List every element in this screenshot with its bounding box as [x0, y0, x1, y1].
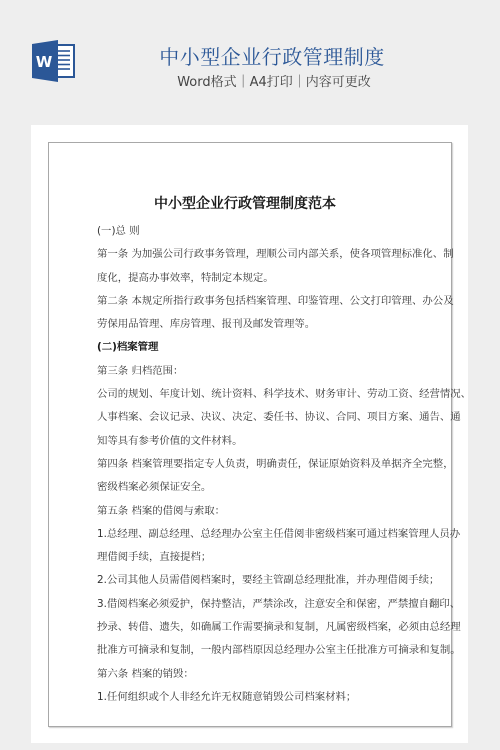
paragraph-line: 人事档案、会议记录、决议、决定、委任书、协议、合同、项目方案、通告、通 — [97, 406, 409, 429]
document-page: 中小型企业行政管理制度范本 (一)总 则 第一条 为加强公司行政事务管理，理顺公… — [31, 125, 468, 743]
paragraph-line: 公司的规划、年度计划、统计资料、科学技术、财务审计、劳动工资、经营情况、 — [97, 383, 409, 406]
paragraph-line: 第六条 档案的销毁： — [97, 663, 409, 686]
paragraph-line: 第一条 为加强公司行政事务管理，理顺公司内部关系，使各项管理标准化、制 — [97, 243, 409, 266]
header-title: 中小型企业行政管理制度 — [0, 44, 500, 70]
paragraph-line: 第二条 本规定所指行政事务包括档案管理、印鉴管理、公文打印管理、办公及 — [97, 290, 409, 313]
section-heading: (一)总 则 — [97, 220, 409, 243]
paragraph-line: 1.任何组织或个人非经允许无权随意销毁公司档案材料； — [97, 686, 409, 709]
paragraph-line: 度化，提高办事效率，特制定本规定。 — [97, 267, 409, 290]
page-border: 中小型企业行政管理制度范本 (一)总 则 第一条 为加强公司行政事务管理，理顺公… — [48, 142, 452, 727]
paragraph-line: 1.总经理、副总经理、总经理办公室主任借阅非密级档案可通过档案管理人员办 — [97, 523, 409, 546]
paragraph-line: 2.公司其他人员需借阅档案时，要经主管副总经理批准，并办理借阅手续； — [97, 569, 409, 592]
section-heading: (二)档案管理 — [97, 336, 409, 359]
paragraph-line: 3.借阅档案必须爱护，保持整洁，严禁涂改，注意安全和保密，严禁擅自翻印、 — [97, 593, 409, 616]
header-banner: W 中小型企业行政管理制度 Word格式｜A4打印｜内容可更改 — [0, 0, 500, 125]
document-body: (一)总 则 第一条 为加强公司行政事务管理，理顺公司内部关系，使各项管理标准化… — [97, 220, 409, 709]
paragraph-line: 第五条 档案的借阅与索取： — [97, 500, 409, 523]
paragraph-line: 理借阅手续，直接提档； — [97, 546, 409, 569]
paragraph-line: 批准方可摘录和复制，一般内部档原因总经理办公室主任批准方可摘录和复制。 — [97, 639, 409, 662]
header-subtitle: Word格式｜A4打印｜内容可更改 — [0, 74, 500, 92]
paragraph-line: 第四条 档案管理要指定专人负责，明确责任，保证原始资料及单据齐全完整， — [97, 453, 409, 476]
paragraph-line: 劳保用品管理、库房管理、报刊及邮发管理等。 — [97, 313, 409, 336]
paragraph-line: 第三条 归档范围： — [97, 360, 409, 383]
paragraph-line: 抄录、转借、遗失，如确属工作需要摘录和复制，凡属密级档案，必须由总经理 — [97, 616, 409, 639]
paragraph-line: 密级档案必须保证安全。 — [97, 476, 409, 499]
document-title: 中小型企业行政管理制度范本 — [49, 195, 451, 213]
paragraph-line: 知等具有参考价值的文件材料。 — [97, 430, 409, 453]
